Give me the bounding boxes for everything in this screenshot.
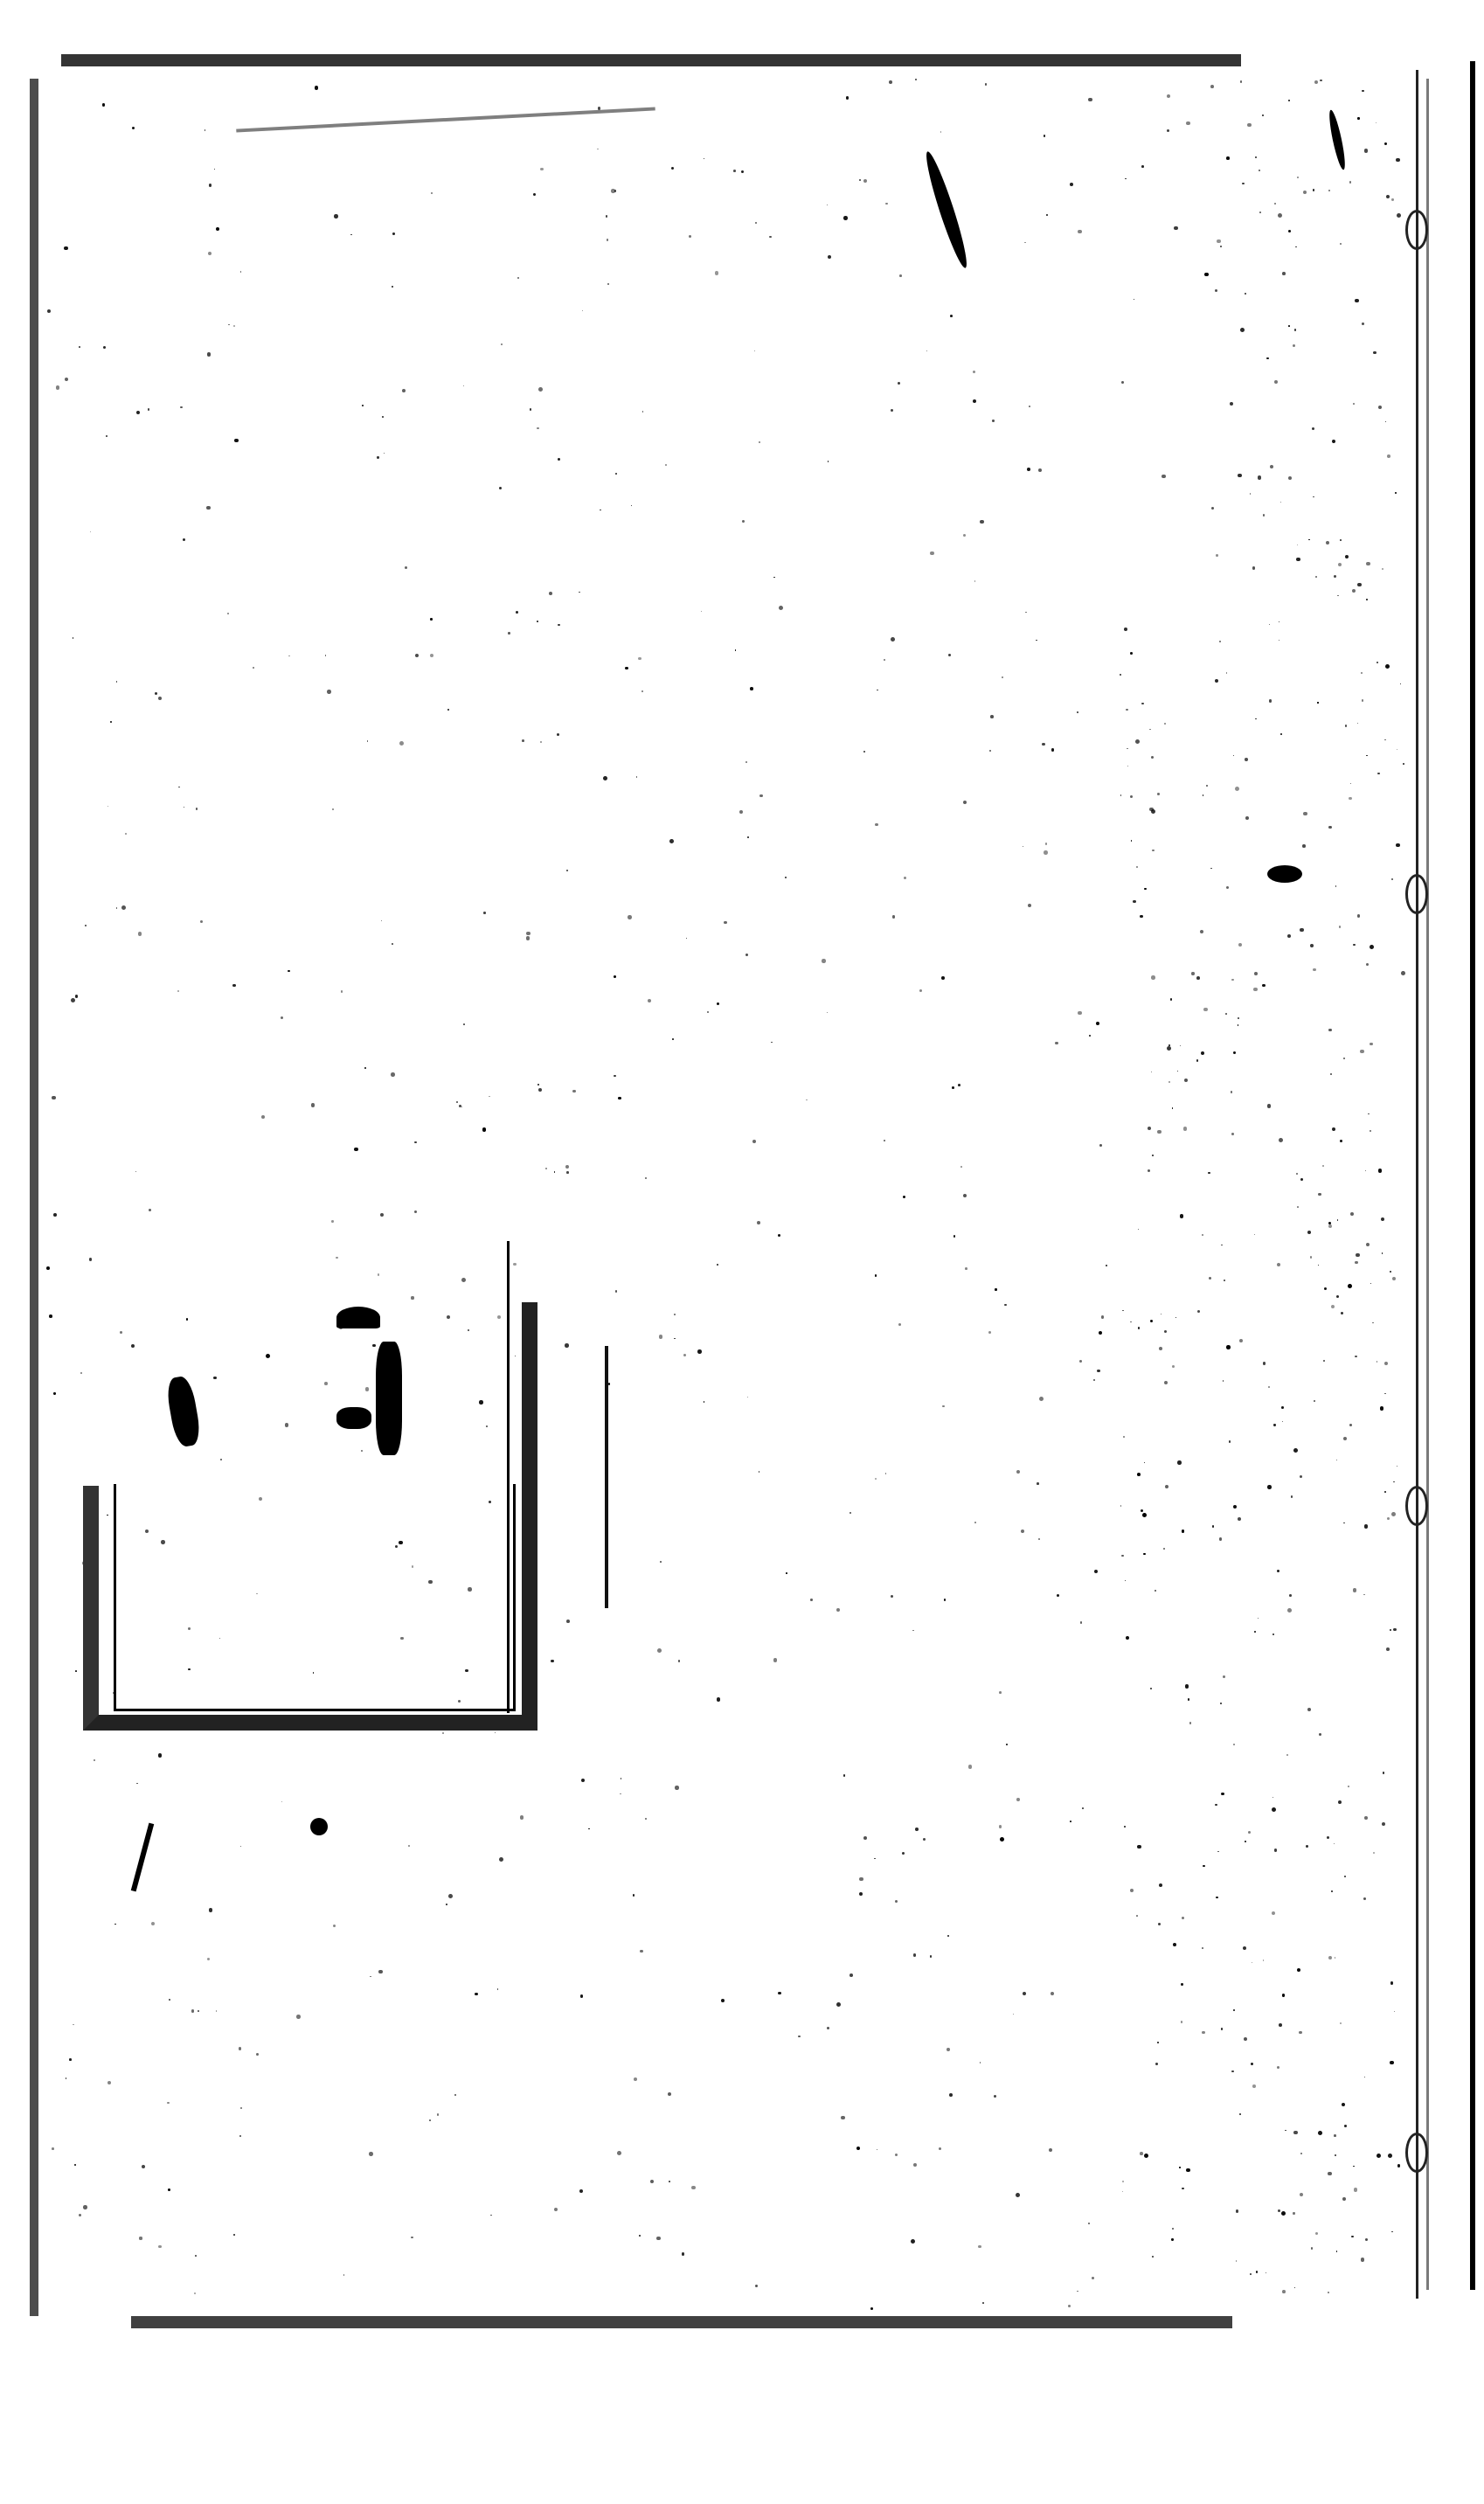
book-cover-page: [0, 0, 1484, 2504]
ink-fragment: [376, 1342, 402, 1455]
binding-line: [1416, 70, 1418, 2299]
title-label-frame-edge: [522, 1302, 537, 1722]
ink-fragment: [336, 1307, 380, 1328]
ink-fragment: [336, 1407, 371, 1429]
cover-border-bottom: [131, 2316, 1232, 2328]
binding-stitch: [1405, 1486, 1428, 1526]
scan-noise: [0, 0, 1484, 2504]
ink-spot: [310, 1818, 328, 1835]
binding-stitch: [1405, 2133, 1428, 2173]
title-label: [83, 1486, 537, 1731]
binding-line: [1426, 79, 1429, 2290]
binding-edge: [1470, 61, 1475, 2290]
title-label-frame-line: [507, 1241, 510, 1713]
binding-stitch: [1405, 874, 1428, 914]
cover-border-top: [61, 54, 1241, 66]
title-label-inner-frame: [114, 1484, 516, 1711]
cover-border-left: [30, 79, 38, 2316]
binding-stitch: [1405, 210, 1428, 250]
title-label-frame-line: [605, 1346, 608, 1608]
ink-spot: [1267, 865, 1302, 883]
